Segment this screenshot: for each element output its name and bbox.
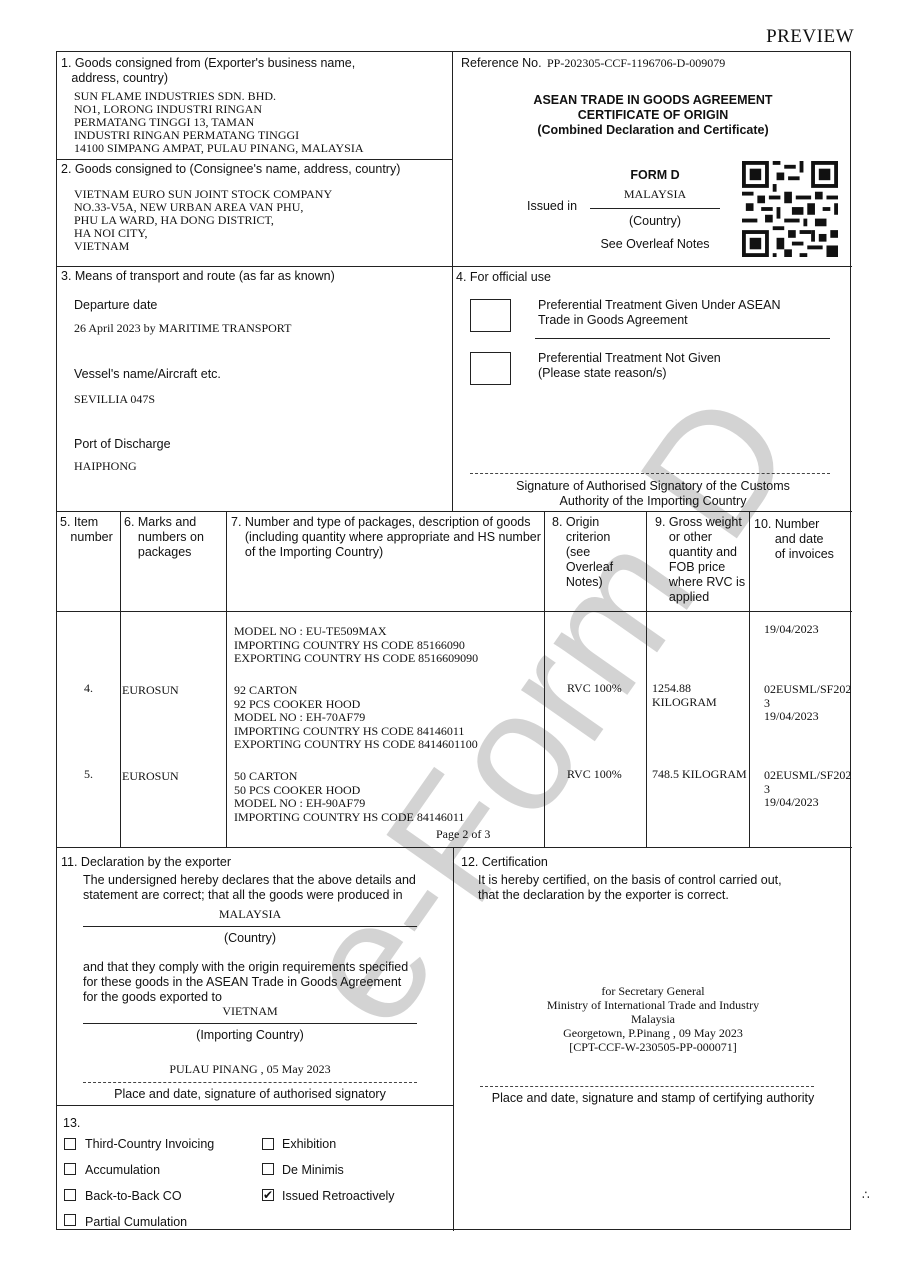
box13-label: 13. xyxy=(63,1116,80,1131)
departure-label: Departure date xyxy=(74,298,157,313)
country-caption: (Country) xyxy=(83,931,417,946)
divider xyxy=(57,159,452,160)
produced-country: MALAYSIA xyxy=(83,908,417,922)
option-label: Accumulation xyxy=(85,1163,160,1178)
checkbox[interactable] xyxy=(262,1163,274,1175)
header-marks: 6. Marks and numbers on packages xyxy=(124,515,204,560)
qr-code-icon xyxy=(742,161,838,257)
customs-signature-line xyxy=(470,473,830,474)
country-caption: (Country) xyxy=(590,214,720,229)
option-label: Back-to-Back CO xyxy=(85,1189,182,1204)
divider xyxy=(57,511,852,512)
country-underline xyxy=(83,926,417,927)
issued-in-label: Issued in xyxy=(527,199,577,214)
divider xyxy=(57,266,852,267)
importing-underline xyxy=(83,1023,417,1024)
checkbox[interactable] xyxy=(262,1138,274,1150)
issued-in-underline xyxy=(590,208,720,209)
exporter-line: 14100 SIMPANG AMPAT, PULAU PINANG, MALAY… xyxy=(74,142,364,156)
departure-value: 26 April 2023 by MARITIME TRANSPORT xyxy=(74,322,291,336)
title-combined: (Combined Declaration and Certificate) xyxy=(453,123,853,138)
origin-criterion: RVC 100% xyxy=(567,768,622,782)
checkbox[interactable] xyxy=(64,1163,76,1175)
gross-weight: 1254.88 KILOGRAM xyxy=(652,682,717,709)
authority-line: for Secretary General xyxy=(453,985,853,999)
form-name: FORM D xyxy=(590,168,720,183)
port-label: Port of Discharge xyxy=(74,437,171,452)
description: 92 CARTON 92 PCS COOKER HOOD MODEL NO : … xyxy=(234,684,478,752)
divider xyxy=(57,847,852,848)
exporter-place-date: PULAU PINANG , 05 May 2023 xyxy=(83,1063,417,1077)
divider xyxy=(646,511,647,847)
issued-in-country: MALAYSIA xyxy=(590,188,720,202)
reference-label: Reference No. xyxy=(461,56,542,71)
certification-text: It is hereby certified, on the basis of … xyxy=(478,873,782,903)
checkbox[interactable] xyxy=(64,1189,76,1201)
item-number: 5. xyxy=(57,768,120,782)
header-item-number: 5. Item number xyxy=(60,515,113,545)
preferential-given-checkbox[interactable] xyxy=(470,299,511,332)
header-origin: 8. Origin criterion (see Overleaf Notes) xyxy=(552,515,613,590)
importing-country: VIETNAM xyxy=(83,1005,417,1019)
carryover-invoice-date: 19/04/2023 xyxy=(764,623,819,637)
divider xyxy=(120,511,121,847)
certificate-form: e-Form D 1. Goods consigned from (Export… xyxy=(56,51,851,1230)
page-indicator: Page 2 of 3 xyxy=(436,828,490,842)
item-number: 4. xyxy=(57,682,120,696)
consignee-line: VIETNAM xyxy=(74,240,129,254)
box12-label: 12. Certification xyxy=(461,855,548,870)
option-label: Exhibition xyxy=(282,1137,336,1152)
overleaf-notes: See Overleaf Notes xyxy=(577,237,733,252)
divider xyxy=(749,511,750,847)
carryover-description: MODEL NO : EU-TE509MAX IMPORTING COUNTRY… xyxy=(234,625,478,666)
header-weight: 9. Gross weight or other quantity and FO… xyxy=(655,515,745,605)
authority-line: Malaysia xyxy=(453,1013,853,1027)
title-certificate: CERTIFICATE OF ORIGIN xyxy=(453,108,853,123)
box1-label: 1. Goods consigned from (Exporter's busi… xyxy=(61,56,355,86)
invoice: 02EUSML/SF202 3 19/04/2023 xyxy=(764,769,851,810)
option-label: Third-Country Invoicing xyxy=(85,1137,214,1152)
certifying-signature-caption: Place and date, signature and stamp of c… xyxy=(453,1091,853,1106)
option-label: Partial Cumulation xyxy=(85,1215,187,1230)
box11-label: 11. Declaration by the exporter xyxy=(61,855,231,870)
header-description: 7. Number and type of packages, descript… xyxy=(231,515,541,560)
declaration-text: The undersigned hereby declares that the… xyxy=(83,873,416,903)
divider xyxy=(544,511,545,847)
box2-label: 2. Goods consigned to (Consignee's name,… xyxy=(61,162,400,177)
divider xyxy=(57,611,852,612)
check-mark-icon: ✔ xyxy=(263,1188,273,1202)
customs-signature-caption: Signature of Authorised Signatory of the… xyxy=(453,479,853,509)
preferential-not-given-checkbox[interactable] xyxy=(470,352,511,385)
marks: EUROSUN xyxy=(122,684,179,698)
divider xyxy=(57,1105,453,1106)
divider xyxy=(535,338,830,339)
authority-line: Georgetown, P.Pinang , 09 May 2023 xyxy=(453,1027,853,1041)
vessel-value: SEVILLIA 047S xyxy=(74,393,155,407)
preferential-given-label: Preferential Treatment Given Under ASEAN… xyxy=(538,298,780,328)
preferential-not-given-label: Preferential Treatment Not Given (Please… xyxy=(538,351,721,381)
exporter-signature-line xyxy=(83,1082,417,1083)
option-label: Issued Retroactively xyxy=(282,1189,395,1204)
exporter-signature-caption: Place and date, signature of authorised … xyxy=(83,1087,417,1102)
authority-line: Ministry of International Trade and Indu… xyxy=(453,999,853,1013)
importing-caption: (Importing Country) xyxy=(83,1028,417,1043)
title-agreement: ASEAN TRADE IN GOODS AGREEMENT xyxy=(453,93,853,108)
gross-weight: 748.5 KILOGRAM xyxy=(652,768,747,782)
box4-label: 4. For official use xyxy=(456,270,551,285)
box3-label: 3. Means of transport and route (as far … xyxy=(61,269,335,284)
checkbox-checked[interactable]: ✔ xyxy=(262,1189,274,1201)
port-value: HAIPHONG xyxy=(74,460,137,474)
checkbox[interactable] xyxy=(64,1138,76,1150)
certifying-signature-line xyxy=(480,1086,814,1087)
option-label: De Minimis xyxy=(282,1163,344,1178)
vessel-label: Vessel's name/Aircraft etc. xyxy=(74,367,221,382)
origin-criterion: RVC 100% xyxy=(567,682,622,696)
preview-label: PREVIEW xyxy=(766,26,854,48)
marks: EUROSUN xyxy=(122,770,179,784)
description: 50 CARTON 50 PCS COOKER HOOD MODEL NO : … xyxy=(234,770,464,824)
reference-number: PP-202305-CCF-1196706-D-009079 xyxy=(547,57,725,71)
header-invoices: 10. Number and date of invoices xyxy=(754,517,834,562)
authority-line: [CPT-CCF-W-230505-PP-000071] xyxy=(453,1041,853,1055)
checkbox[interactable] xyxy=(64,1214,76,1226)
compliance-text: and that they comply with the origin req… xyxy=(83,960,408,1005)
footer-mark: ∴ xyxy=(862,1188,870,1202)
divider xyxy=(226,511,227,847)
invoice: 02EUSML/SF202 3 19/04/2023 xyxy=(764,683,851,724)
